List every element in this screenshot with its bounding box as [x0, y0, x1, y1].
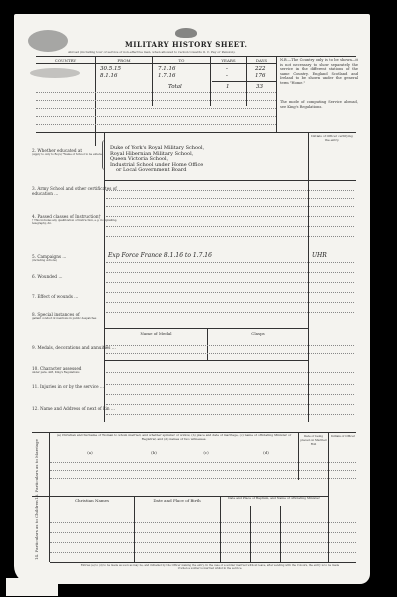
footer-note: Entries (a) to (d) to be made as soon as…	[80, 564, 340, 570]
years-1: -	[226, 66, 228, 72]
children-side-label: 14. Particulars as to Children	[34, 500, 39, 560]
ruled-line	[106, 414, 354, 415]
years-2: -	[226, 73, 228, 79]
children-header-birth: Date and Place of Birth	[134, 498, 220, 503]
ruled-line	[36, 124, 276, 125]
header-country: COUNTRY	[38, 58, 93, 63]
ruled-line	[106, 190, 354, 191]
section-rule	[50, 562, 356, 563]
ruled-line	[36, 92, 276, 93]
section-rule	[104, 328, 308, 329]
ruled-line	[50, 552, 356, 553]
col-divider	[152, 56, 153, 106]
ruled-line	[50, 462, 356, 463]
from-date-1: 30.5.15	[100, 66, 121, 72]
total-label: Total	[168, 84, 182, 90]
medal-divider	[207, 328, 208, 360]
ruled-line	[106, 206, 354, 207]
marriage-initials-header: Initials of Officer	[329, 434, 357, 438]
campaign-entry: Exp Force France 8.1.16 to 1.7.16	[108, 252, 212, 259]
marriage-header: (a) Christian and Surname of Woman to wh…	[54, 434, 294, 441]
col-divider	[276, 56, 277, 132]
ruled-line	[106, 226, 354, 227]
ruled-line	[106, 236, 354, 237]
paper-fragment	[6, 578, 58, 596]
ruled-line	[106, 198, 354, 199]
royal-crest-icon	[175, 28, 197, 38]
ruled-line	[106, 216, 354, 217]
col-d: (d)	[256, 450, 276, 455]
ruled-line	[106, 372, 354, 373]
section-rule	[104, 360, 308, 361]
ruled-line	[106, 384, 354, 385]
medal-header-name: Name of Medal	[104, 331, 208, 336]
to-date-1: 7.1.16	[158, 66, 176, 72]
header-days: DAYS	[247, 58, 276, 63]
total-years: 1	[226, 84, 230, 90]
ruled-line	[50, 478, 356, 479]
col-b: (b)	[144, 450, 164, 455]
brace	[102, 140, 106, 170]
ruled-line	[106, 404, 354, 405]
table-top-rule	[36, 56, 356, 57]
ruled-line	[50, 522, 356, 523]
ink-blot	[30, 68, 80, 78]
initials-divider	[308, 132, 309, 422]
school-option: or Local Government Board	[110, 168, 204, 174]
medal-header-clasps: Clasps	[208, 331, 308, 336]
document-title: MILITARY HISTORY SHEET.	[125, 40, 247, 49]
ruled-line	[50, 532, 356, 533]
header-from: FROM	[96, 58, 152, 63]
ruled-line	[106, 292, 354, 293]
school-list: Duke of York's Royal Military School, Ro…	[110, 146, 204, 174]
ruled-line	[50, 470, 356, 471]
item-6-wounded: 6. Wounded ...	[32, 274, 118, 279]
ruled-line	[106, 353, 354, 354]
ruled-line	[36, 100, 276, 101]
ink-blot	[28, 30, 68, 52]
ruled-line	[36, 116, 276, 117]
to-date-2: 1.7.16	[158, 73, 176, 79]
days-1: 222	[255, 66, 266, 72]
ruled-line	[36, 108, 276, 109]
ruled-line	[106, 262, 354, 263]
initials-header: Initials of Officer certifying the entry…	[310, 134, 354, 142]
item-7-effect: 7. Effect of wounds ...	[32, 294, 118, 299]
item-8-gallantry: 8. Special instances ofgallant conduct &…	[32, 312, 118, 320]
ruled-line	[50, 542, 356, 543]
marriage-side-label: 13. Particulars as to Marriage	[34, 439, 39, 500]
children-header-names: Christian Names	[50, 498, 134, 503]
note-nb: N.B.—The Country only is to be shown—it …	[280, 58, 358, 86]
married-roll-header: Date of being placed on Married Roll	[299, 434, 328, 446]
item-12-next-of-kin: 12. Name and Address of next of kin ...	[32, 406, 118, 411]
col-divider	[280, 506, 281, 562]
table-header-rule	[36, 63, 276, 64]
ruled-line	[106, 302, 354, 303]
ruled-line	[106, 312, 354, 313]
col-divider	[210, 56, 211, 106]
note-mode: The mode of computing Service abroad, se…	[280, 100, 358, 109]
col-c: (c)	[196, 450, 216, 455]
days-2: 176	[255, 73, 266, 79]
from-date-2: 8.1.16	[100, 73, 118, 79]
campaign-initials: UHR	[312, 252, 327, 259]
document-subtitle: Abroad (including tour of service of non…	[68, 50, 236, 54]
section-rule	[104, 180, 356, 181]
col-divider	[250, 506, 251, 562]
header-years: YEARS	[211, 58, 246, 63]
ruled-line	[106, 282, 354, 283]
total-days: 33	[256, 84, 263, 90]
ruled-line	[106, 272, 354, 273]
ruled-line	[106, 394, 354, 395]
total-rule	[212, 81, 276, 82]
item-3-education: 3. Army School and other certificates of…	[32, 186, 118, 196]
item-5-campaigns: 5. Campaigns ...(including Actions)	[32, 254, 118, 262]
ruled-line	[106, 345, 354, 346]
header-to: TO	[153, 58, 210, 63]
col-a: (a)	[80, 450, 100, 455]
children-header-baptism: Date and Place of Baptism, and Name of o…	[220, 496, 328, 500]
